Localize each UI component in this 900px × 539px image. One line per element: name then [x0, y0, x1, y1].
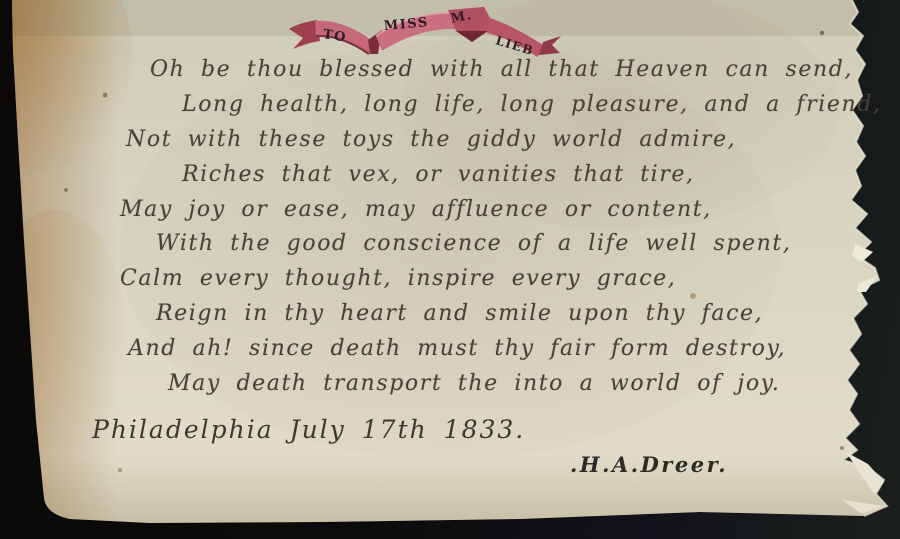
foxing-speck	[820, 31, 824, 35]
foxing-speck	[103, 93, 108, 98]
poem-line-2: Long health, long life, long pleasure, a…	[182, 92, 882, 117]
foxing-speck	[840, 446, 844, 450]
dateline: Philadelphia July 17th 1833.	[92, 415, 525, 444]
poem-line-10: May death transport the into a world of …	[168, 371, 780, 396]
poem-line-4: Riches that vex, or vanities that tire,	[182, 162, 695, 187]
poem-line-3: Not with these toys the giddy world admi…	[126, 127, 736, 152]
foxing-speck	[690, 293, 696, 299]
poem-line-6: With the good conscience of a life well …	[156, 231, 791, 256]
poem-line-8: Reign in thy heart and smile upon thy fa…	[156, 301, 763, 326]
poem-line-9: And ah! since death must thy fair form d…	[128, 336, 786, 361]
poem-line-5: May joy or ease, may affluence or conten…	[120, 197, 712, 222]
poem-line-7: Calm every thought, inspire every grace,	[120, 266, 676, 291]
foxing-speck	[118, 468, 122, 472]
foxing-speck	[64, 188, 68, 192]
poem-line-1: Oh be thou blessed with all that Heaven …	[150, 57, 853, 82]
manuscript-photo: TO MISS M. LIEB Oh be thou blessed with …	[0, 0, 900, 539]
signature: .H.A.Dreer.	[570, 452, 728, 477]
